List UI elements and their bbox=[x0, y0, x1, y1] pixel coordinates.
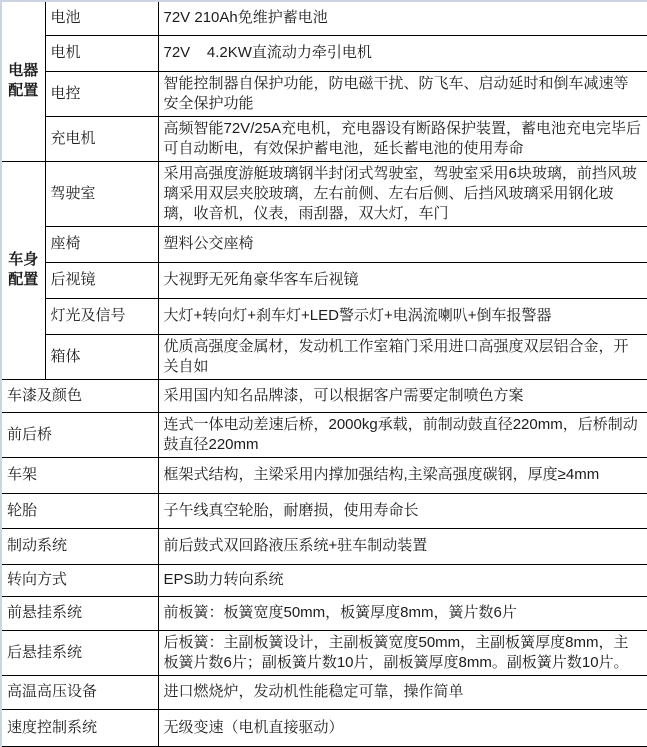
row-label: 后悬挂系统 bbox=[1, 630, 158, 675]
row-value: 进口燃烧炉，发动机性能稳定可靠，操作简单 bbox=[158, 675, 647, 709]
row-value: 框架式结构，主梁采用内撑加强结构,主梁高强度碳钢，厚度≥4mm bbox=[158, 457, 647, 493]
row-label: 电池 bbox=[45, 1, 158, 35]
row-value: 子午线真空轮胎，耐磨损，使用寿命长 bbox=[158, 493, 647, 528]
row-value: 优质高强度金属材，发动机工作室箱门采用进口高强度双层铝合金，开关自如 bbox=[158, 334, 647, 379]
row-label: 座椅 bbox=[45, 226, 158, 262]
table-row: 高温高压设备 进口燃烧炉，发动机性能稳定可靠，操作简单 bbox=[1, 675, 647, 709]
row-value: 采用国内知名品牌漆，可以根据客户需要定制喷色方案 bbox=[158, 379, 647, 412]
table-row: 轮胎 子午线真空轮胎，耐磨损，使用寿命长 bbox=[1, 493, 647, 528]
table-row: 车身配置 驾驶室 采用高强度游艇玻璃钢半封闭式驾驶室，驾驶室采用6块玻璃，前挡风… bbox=[1, 161, 647, 226]
row-value: 72V 210Ah免维护蓄电池 bbox=[158, 1, 647, 35]
row-label: 充电机 bbox=[45, 116, 158, 161]
row-value: 智能控制器自保护功能，防电磁干扰、防飞车、启动延时和倒车减速等安全保护功能 bbox=[158, 71, 647, 116]
group-header-body: 车身配置 bbox=[1, 161, 45, 379]
row-value: 后板簧：主副板簧设计，主副板簧宽度50mm，主副板簧厚度8mm，主板簧片数6片；… bbox=[158, 630, 647, 675]
table-row: 车漆及颜色 采用国内知名品牌漆，可以根据客户需要定制喷色方案 bbox=[1, 379, 647, 412]
row-label: 车架 bbox=[1, 457, 158, 493]
row-label: 转向方式 bbox=[1, 564, 158, 596]
row-value: 采用高强度游艇玻璃钢半封闭式驾驶室，驾驶室采用6块玻璃，前挡风玻璃采用双层夹胶玻… bbox=[158, 161, 647, 226]
table-row: 电控 智能控制器自保护功能，防电磁干扰、防飞车、启动延时和倒车减速等安全保护功能 bbox=[1, 71, 647, 116]
group-header-electrical: 电器配置 bbox=[1, 1, 45, 161]
row-label: 高温高压设备 bbox=[1, 675, 158, 709]
row-value: 高频智能72V/25A充电机，充电器设有断路保护装置，蓄电池充电完毕后可自动断电… bbox=[158, 116, 647, 161]
table-row: 前后桥 连式一体电动差速后桥，2000kg承载，前制动鼓直径220mm，后桥制动… bbox=[1, 412, 647, 457]
table-row: 箱体 优质高强度金属材，发动机工作室箱门采用进口高强度双层铝合金，开关自如 bbox=[1, 334, 647, 379]
table-row: 制动系统 前后鼓式双回路液压系统+驻车制动装置 bbox=[1, 528, 647, 564]
row-value: 大灯+转向灯+刹车灯+LED警示灯+电涡流喇叭+倒车报警器 bbox=[158, 298, 647, 334]
table-row: 座椅 塑料公交座椅 bbox=[1, 226, 647, 262]
row-label: 前后桥 bbox=[1, 412, 158, 457]
row-label: 箱体 bbox=[45, 334, 158, 379]
row-label: 电机 bbox=[45, 35, 158, 71]
row-value: 大视野无死角豪华客车后视镜 bbox=[158, 262, 647, 298]
row-label: 速度控制系统 bbox=[1, 709, 158, 746]
vehicle-spec-table: 电器配置 电池 72V 210Ah免维护蓄电池 电机 72V 4.2KW直流动力… bbox=[0, 0, 647, 747]
table-row: 车架 框架式结构，主梁采用内撑加强结构,主梁高强度碳钢，厚度≥4mm bbox=[1, 457, 647, 493]
row-label: 前悬挂系统 bbox=[1, 596, 158, 630]
row-label: 灯光及信号 bbox=[45, 298, 158, 334]
row-label: 驾驶室 bbox=[45, 161, 158, 226]
table-row: 后悬挂系统 后板簧：主副板簧设计，主副板簧宽度50mm，主副板簧厚度8mm，主板… bbox=[1, 630, 647, 675]
table-row: 电器配置 电池 72V 210Ah免维护蓄电池 bbox=[1, 1, 647, 35]
table-row: 转向方式 EPS助力转向系统 bbox=[1, 564, 647, 596]
row-value: 前板簧：板簧宽度50mm，板簧厚度8mm，簧片数6片 bbox=[158, 596, 647, 630]
row-value: 无级变速（电机直接驱动） bbox=[158, 709, 647, 746]
row-label: 制动系统 bbox=[1, 528, 158, 564]
table-row: 充电机 高频智能72V/25A充电机，充电器设有断路保护装置，蓄电池充电完毕后可… bbox=[1, 116, 647, 161]
row-value: 连式一体电动差速后桥，2000kg承载，前制动鼓直径220mm，后桥制动鼓直径2… bbox=[158, 412, 647, 457]
row-label: 后视镜 bbox=[45, 262, 158, 298]
row-label: 车漆及颜色 bbox=[1, 379, 158, 412]
row-value: 前后鼓式双回路液压系统+驻车制动装置 bbox=[158, 528, 647, 564]
table-row: 前悬挂系统 前板簧：板簧宽度50mm，板簧厚度8mm，簧片数6片 bbox=[1, 596, 647, 630]
row-label: 电控 bbox=[45, 71, 158, 116]
row-value: 72V 4.2KW直流动力牵引电机 bbox=[158, 35, 647, 71]
table-row: 电机 72V 4.2KW直流动力牵引电机 bbox=[1, 35, 647, 71]
row-label: 轮胎 bbox=[1, 493, 158, 528]
table-row: 后视镜 大视野无死角豪华客车后视镜 bbox=[1, 262, 647, 298]
row-value: 塑料公交座椅 bbox=[158, 226, 647, 262]
table-row: 灯光及信号 大灯+转向灯+刹车灯+LED警示灯+电涡流喇叭+倒车报警器 bbox=[1, 298, 647, 334]
table-row: 速度控制系统 无级变速（电机直接驱动） bbox=[1, 709, 647, 746]
row-value: EPS助力转向系统 bbox=[158, 564, 647, 596]
